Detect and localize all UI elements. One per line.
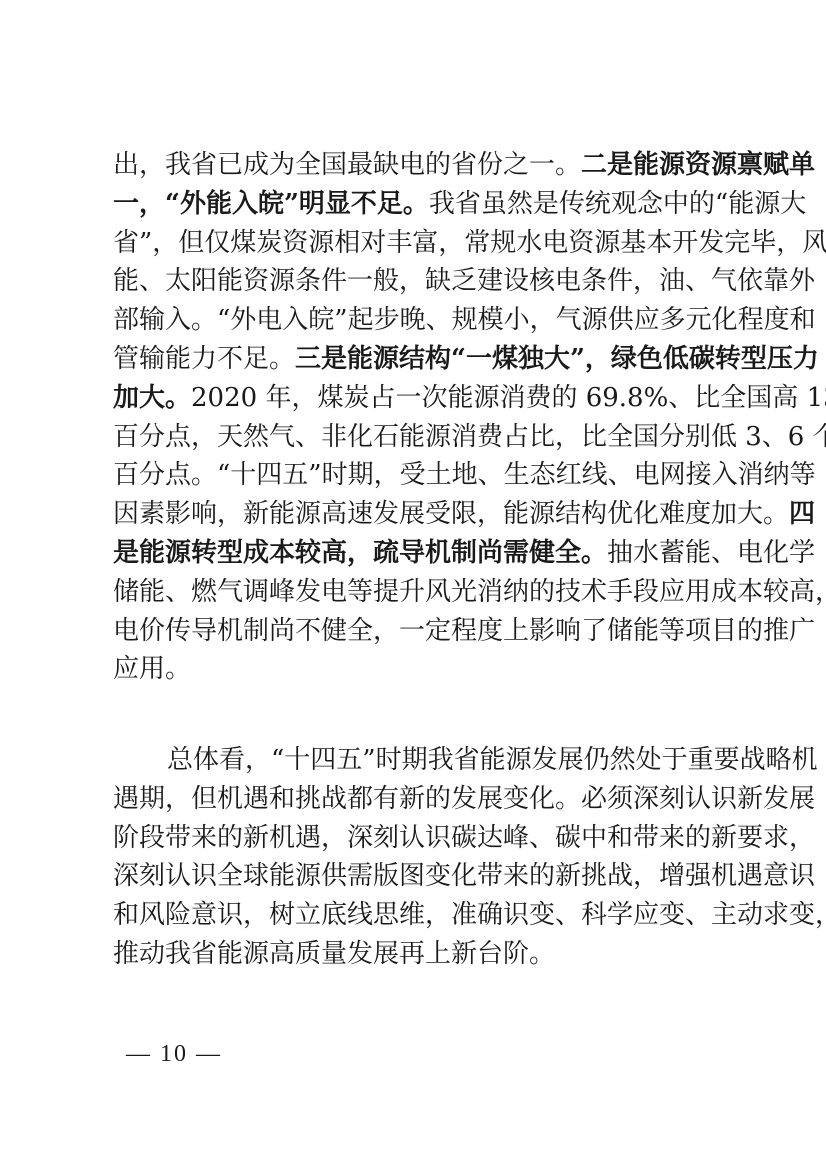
bold-heading-text: 四 <box>789 499 815 529</box>
body-text: 深刻认识全球能源供需版图变化带来的新挑战，增强机遇意识 <box>113 861 815 891</box>
body-text: 我省虽然是传统观念中的“能源大 <box>429 189 806 219</box>
bold-heading-text: 加大。 <box>113 383 191 413</box>
body-text: 省”，但仅煤炭资源相对丰富，常规水电资源基本开发完毕，风 <box>113 228 826 258</box>
body-text: 和风险意识，树立底线思维，准确识变、科学应变、主动求变， <box>113 900 826 930</box>
body-text: 应用。 <box>113 654 191 684</box>
page-number: — 10 — <box>126 1040 222 1068</box>
text-line: 能、太阳能资源条件一般，缺乏建设核电条件，油、气依靠外 <box>113 266 717 296</box>
bold-heading-text: 一，“外能入皖”明显不足。 <box>113 189 429 219</box>
body-text: 2020 年，煤炭占一次能源消费的 69.8%、比全国高 13 个 <box>191 383 826 413</box>
text-line: 电价传导机制尚不健全，一定程度上影响了储能等项目的推广 <box>113 616 717 646</box>
text-line: 部输入。“外电入皖”起步晚、规模小，气源供应多元化程度和 <box>113 305 717 335</box>
text-line: 深刻认识全球能源供需版图变化带来的新挑战，增强机遇意识 <box>113 861 717 891</box>
body-text: 总体看，“十四五”时期我省能源发展仍然处于重要战略机 <box>167 745 818 775</box>
body-text: 能、太阳能资源条件一般，缺乏建设核电条件，油、气依靠外 <box>113 266 815 296</box>
body-text: 电价传导机制尚不健全，一定程度上影响了储能等项目的推广 <box>113 616 815 646</box>
text-line: 管输能力不足。三是能源结构“一煤独大”，绿色低碳转型压力 <box>113 344 717 374</box>
text-line: 和风险意识，树立底线思维，准确识变、科学应变、主动求变， <box>113 900 717 930</box>
body-text: 管输能力不足。 <box>113 344 295 374</box>
body-text: 部输入。“外电入皖”起步晚、规模小，气源供应多元化程度和 <box>113 305 816 335</box>
text-line: 一，“外能入皖”明显不足。我省虽然是传统观念中的“能源大 <box>113 189 717 219</box>
text-line: 百分点，天然气、非化石能源消费占比，比全国分别低 3、6 个 <box>113 422 717 452</box>
bold-heading-text: 是能源转型成本较高，疏导机制尚需健全。 <box>113 538 607 568</box>
text-line: 应用。 <box>113 654 717 684</box>
text-line: 省”，但仅煤炭资源相对丰富，常规水电资源基本开发完毕，风 <box>113 228 717 258</box>
body-text: 百分点，天然气、非化石能源消费占比，比全国分别低 3、6 个 <box>113 422 826 452</box>
text-line: 推动我省能源高质量发展再上新台阶。 <box>113 939 717 969</box>
text-line: 是能源转型成本较高，疏导机制尚需健全。抽水蓄能、电化学 <box>113 538 717 568</box>
body-text: 因素影响，新能源高速发展受限，能源结构优化难度加大。 <box>113 499 789 529</box>
text-line: 遇期，但机遇和挑战都有新的发展变化。必须深刻认识新发展 <box>113 784 717 814</box>
bold-heading-text: 二是能源资源禀赋单 <box>581 150 815 180</box>
text-line: 因素影响，新能源高速发展受限，能源结构优化难度加大。四 <box>113 499 717 529</box>
body-text: 阶段带来的新机遇，深刻认识碳达峰、碳中和带来的新要求， <box>113 823 815 853</box>
body-text: 遇期，但机遇和挑战都有新的发展变化。必须深刻认识新发展 <box>113 784 815 814</box>
document-page: 出，我省已成为全国最缺电的省份之一。二是能源资源禀赋单一，“外能入皖”明显不足。… <box>0 0 826 1169</box>
text-line: 总体看，“十四五”时期我省能源发展仍然处于重要战略机 <box>167 745 717 775</box>
text-line: 阶段带来的新机遇，深刻认识碳达峰、碳中和带来的新要求， <box>113 823 717 853</box>
body-text: 储能、燃气调峰发电等提升风光消纳的技术手段应用成本较高， <box>113 577 826 607</box>
body-text: 百分点。“十四五”时期，受土地、生态红线、电网接入消纳等 <box>113 460 816 490</box>
body-text: 抽水蓄能、电化学 <box>607 538 815 568</box>
text-line: 出，我省已成为全国最缺电的省份之一。二是能源资源禀赋单 <box>113 150 717 180</box>
text-line: 百分点。“十四五”时期，受土地、生态红线、电网接入消纳等 <box>113 460 717 490</box>
text-line: 加大。2020 年，煤炭占一次能源消费的 69.8%、比全国高 13 个 <box>113 383 717 413</box>
body-text: 出，我省已成为全国最缺电的省份之一。 <box>113 150 581 180</box>
text-line: 储能、燃气调峰发电等提升风光消纳的技术手段应用成本较高， <box>113 577 717 607</box>
bold-heading-text: 三是能源结构“一煤独大”，绿色低碳转型压力 <box>295 344 819 374</box>
body-text: 推动我省能源高质量发展再上新台阶。 <box>113 939 555 969</box>
